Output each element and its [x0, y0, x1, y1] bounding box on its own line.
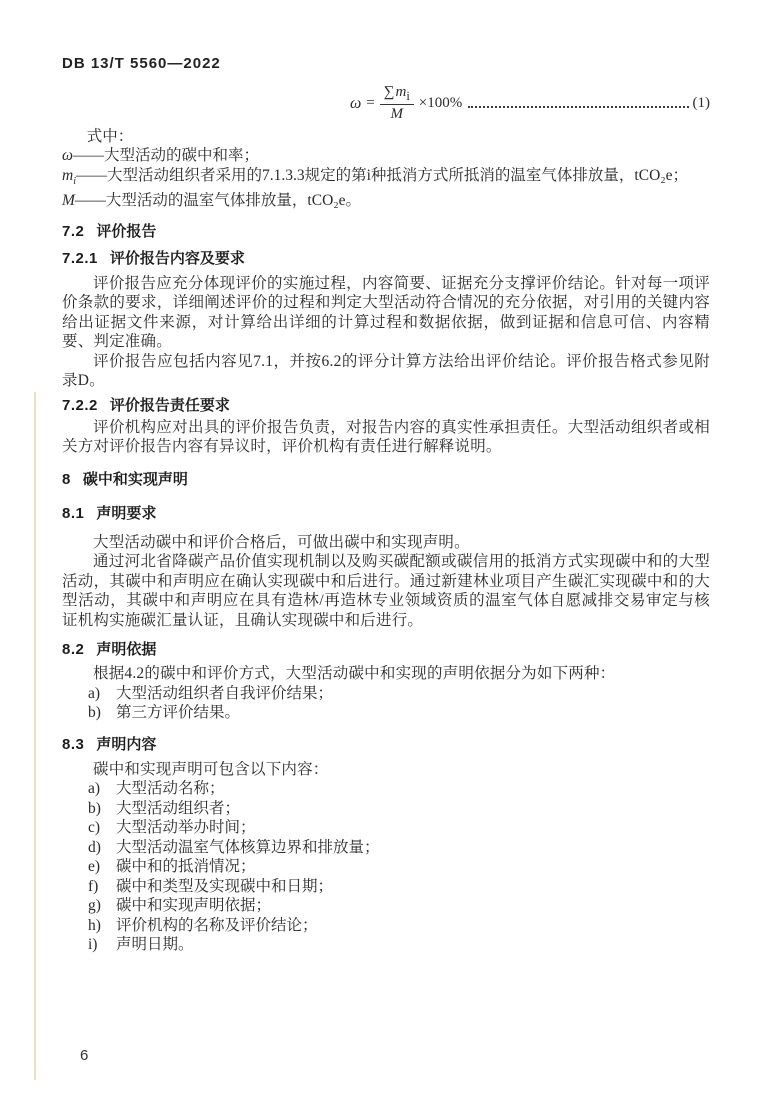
heading-8: 8碳中和实现声明 — [62, 470, 710, 490]
list-item: a)大型活动名称； — [62, 779, 710, 799]
heading-8-3: 8.3声明内容 — [62, 735, 710, 755]
list-item-text: 大型活动组织者； — [116, 800, 240, 817]
paragraph-7-2-2: 评价机构应对出具的评价报告负责，对报告内容的真实性承担责任。大型活动组织者或相关… — [62, 418, 710, 457]
def-var: M — [62, 192, 75, 209]
definition-mi: mi——大型活动组织者采用的7.1.3.3规定的第i种抵消方式所抵消的温室气体排… — [62, 166, 710, 192]
def-text: 大型活动的碳中和率； — [104, 147, 259, 164]
list-item: a)大型活动组织者自我评价结果； — [62, 684, 710, 704]
heading-title: 声明依据 — [96, 641, 156, 658]
heading-7-2: 7.2评价报告 — [62, 222, 710, 242]
list-item: b)第三方评价结果。 — [62, 703, 710, 723]
heading-7-2-1: 7.2.1评价报告内容及要求 — [62, 249, 710, 269]
list-item-text: 评价机构的名称及评价结论； — [116, 917, 318, 934]
list-item-label: a) — [88, 779, 116, 799]
list-item-label: a) — [88, 684, 116, 704]
def-text: 大型活动组织者采用的7.1.3.3规定的第i种抵消方式所抵消的温室气体排放量，t… — [107, 167, 688, 184]
heading-title: 评价报告责任要求 — [110, 397, 230, 414]
list-item-text: 大型活动举办时间； — [116, 819, 256, 836]
heading-number: 8.2 — [62, 641, 84, 658]
paragraph-8-3: 碳中和实现声明可包含以下内容： — [62, 760, 710, 780]
paragraph-7-2-1-b: 评价报告应包括内容见7.1，并按6.2的评分计算方法给出评价结论。评价报告格式参… — [62, 352, 710, 391]
list-item-text: 碳中和实现声明依据； — [116, 897, 271, 914]
list-item: i)声明日期。 — [62, 935, 710, 955]
list-item-label: c) — [88, 818, 116, 838]
list-item-text: 第三方评价结果。 — [116, 704, 240, 721]
list-item: h)评价机构的名称及评价结论； — [62, 916, 710, 936]
list-item-label: f) — [88, 877, 116, 897]
page-number: 6 — [80, 1047, 88, 1064]
paragraph-7-2-1-a: 评价报告应充分体现评价的实施过程，内容简要、证据充分支撑评价结论。针对每一项评价… — [62, 274, 710, 352]
list-item: c)大型活动举办时间； — [62, 818, 710, 838]
heading-number: 8 — [62, 471, 71, 488]
list-item-label: g) — [88, 896, 116, 916]
list-item-text: 声明日期。 — [116, 936, 194, 953]
sum-symbol: ∑ — [384, 84, 395, 100]
heading-title: 声明内容 — [96, 736, 156, 753]
list-item-text: 大型活动名称； — [116, 780, 225, 797]
heading-8-1: 8.1声明要求 — [62, 504, 710, 524]
list-item-label: h) — [88, 916, 116, 936]
heading-number: 8.3 — [62, 736, 84, 753]
def-text: 大型活动的温室气体排放量，tCO₂e。 — [106, 192, 361, 209]
list-item-text: 碳中和类型及实现碳中和日期； — [116, 878, 333, 895]
formula-equals: = — [366, 95, 374, 112]
list-item: g)碳中和实现声明依据； — [62, 896, 710, 916]
paragraph-8-1-b: 通过河北省降碳产品价值实现机制以及购买碳配额或碳信用的抵消方式实现碳中和的大型活… — [62, 552, 710, 630]
heading-7-2-2: 7.2.2评价报告责任要求 — [62, 396, 710, 416]
definition-omega: ω——大型活动的碳中和率； — [62, 146, 710, 166]
def-dash: —— — [75, 192, 106, 209]
heading-title: 评价报告内容及要求 — [110, 250, 245, 267]
heading-title: 声明要求 — [96, 505, 156, 522]
list-item-text: 大型活动组织者自我评价结果； — [116, 685, 333, 702]
heading-title: 评价报告 — [96, 223, 156, 240]
heading-number: 7.2.1 — [62, 250, 98, 267]
list-item-label: e) — [88, 857, 116, 877]
def-var: ω — [62, 147, 73, 164]
formula-1: ω = ∑mi M ×100% (1) — [350, 84, 710, 124]
list-item-text: 碳中和的抵消情况； — [116, 858, 256, 875]
paragraph-8-2: 根据4.2的碳中和评价方式，大型活动碳中和实现的声明依据分为如下两种： — [62, 664, 710, 684]
list-item-label: d) — [88, 838, 116, 858]
formula-numerator: ∑mi — [380, 84, 414, 105]
list-item-label: i) — [88, 935, 116, 955]
paragraph-8-1-a: 大型活动碳中和评价合格后，可做出碳中和实现声明。 — [62, 533, 710, 553]
list-8-3: a)大型活动名称； b)大型活动组织者； c)大型活动举办时间； d)大型活动温… — [62, 779, 710, 955]
standard-number-header: DB 13/T 5560—2022 — [62, 55, 710, 72]
heading-number: 7.2 — [62, 223, 84, 240]
list-item: e)碳中和的抵消情况； — [62, 857, 710, 877]
def-var: mi — [62, 167, 76, 184]
list-item-text: 大型活动温室气体核算边界和排放量； — [116, 839, 380, 856]
list-item: b)大型活动组织者； — [62, 799, 710, 819]
list-item: f)碳中和类型及实现碳中和日期； — [62, 877, 710, 897]
list-8-2: a)大型活动组织者自我评价结果； b)第三方评价结果。 — [62, 684, 710, 723]
formula-denominator: M — [391, 105, 404, 123]
formula-number: (1) — [693, 95, 711, 112]
formula-omega: ω — [350, 95, 361, 113]
list-item: d)大型活动温室气体核算边界和排放量； — [62, 838, 710, 858]
list-item-label: b) — [88, 799, 116, 819]
formula-fraction: ∑mi M — [380, 84, 414, 124]
def-dash: —— — [76, 167, 107, 184]
dot-leader — [468, 105, 688, 108]
heading-number: 7.2.2 — [62, 397, 98, 414]
page-content: DB 13/T 5560—2022 ω = ∑mi M ×100% (1) 式中… — [62, 0, 710, 955]
definition-M: M——大型活动的温室气体排放量，tCO₂e。 — [62, 191, 710, 211]
list-item-label: b) — [88, 703, 116, 723]
numerator-sub: i — [406, 89, 409, 103]
heading-8-2: 8.2声明依据 — [62, 640, 710, 660]
def-dash: —— — [73, 147, 104, 164]
scan-artifact-line — [34, 392, 36, 1080]
where-intro: 式中： — [62, 127, 710, 147]
formula-equation: ω = ∑mi M ×100% — [350, 84, 462, 124]
heading-number: 8.1 — [62, 505, 84, 522]
heading-title: 碳中和实现声明 — [83, 471, 188, 488]
numerator-var: m — [395, 84, 406, 100]
formula-multiplier: ×100% — [419, 95, 462, 112]
document-page: DB 13/T 5560—2022 ω = ∑mi M ×100% (1) 式中… — [0, 0, 757, 1109]
